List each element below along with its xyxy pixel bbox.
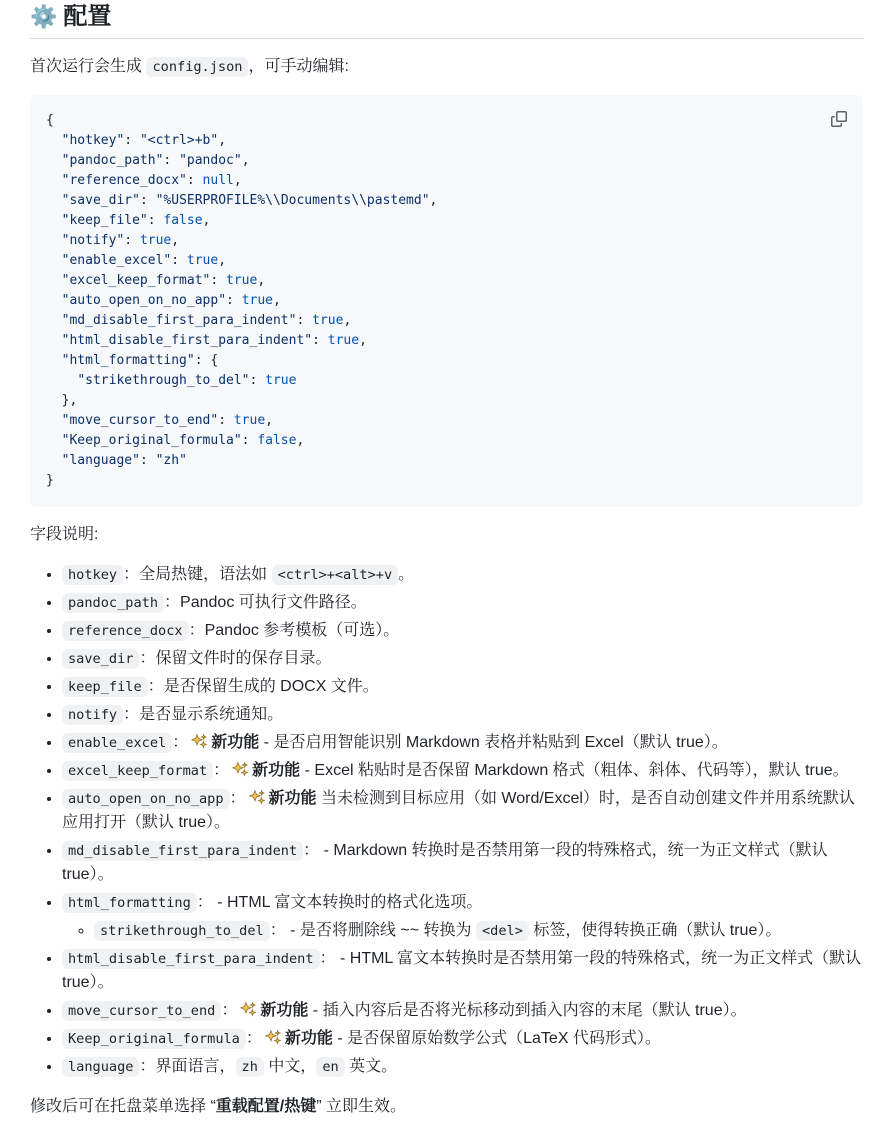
list-item: reference_docx：Pandoc 参考模板（可选）。 bbox=[62, 619, 863, 643]
field-colon: ： bbox=[139, 1058, 155, 1075]
fields-list: hotkey：全局热键，语法如 <ctrl>+<alt>+v。 pandoc_p… bbox=[30, 563, 863, 1079]
field-name-code: md_disable_first_para_indent bbox=[62, 841, 303, 861]
list-item: md_disable_first_para_indent： - Markdown… bbox=[62, 839, 863, 887]
field-colon: ： bbox=[221, 1002, 237, 1019]
field-text: Pandoc 可执行文件路径。 bbox=[180, 594, 367, 611]
json-code-block: { "hotkey": "<ctrl>+b", "pandoc_path": "… bbox=[30, 95, 863, 507]
sparkles-icon bbox=[232, 761, 249, 778]
list-item: keep_file：是否保留生成的 DOCX 文件。 bbox=[62, 675, 863, 699]
field-text: 是否保留生成的 DOCX 文件。 bbox=[164, 678, 379, 695]
new-feature-label: 新功能 bbox=[260, 1002, 308, 1019]
field-name-code: save_dir bbox=[62, 649, 139, 669]
footer-note: 修改后可在托盘菜单选择 “重载配置/热键” 立即生效。 bbox=[30, 1095, 863, 1119]
field-name-code: html_formatting bbox=[62, 893, 197, 913]
field-text: 保留文件时的保存目录。 bbox=[156, 650, 332, 667]
field-name-code: notify bbox=[62, 705, 123, 725]
new-feature-label: 新功能 bbox=[285, 1030, 333, 1047]
field-text: - HTML 富文本转换时的格式化选项。 bbox=[213, 894, 483, 911]
nested-list: strikethrough_to_del： - 是否将删除线 ~~ 转换为 <d… bbox=[62, 919, 863, 943]
field-colon: ： bbox=[197, 894, 213, 911]
field-name-code: enable_excel bbox=[62, 733, 172, 753]
field-name-code: html_disable_first_para_indent bbox=[62, 949, 320, 969]
list-item: hotkey：全局热键，语法如 <ctrl>+<alt>+v。 bbox=[62, 563, 863, 587]
field-colon: ： bbox=[172, 734, 188, 751]
field-text: 是否显示系统通知。 bbox=[139, 706, 283, 723]
sparkles-icon bbox=[249, 789, 266, 806]
field-name-code: move_cursor_to_end bbox=[62, 1001, 221, 1021]
field-text: 全局热键，语法如 bbox=[139, 566, 271, 583]
new-feature-label: 新功能 bbox=[269, 790, 317, 807]
field-name-code: hotkey bbox=[62, 565, 123, 585]
field-text: 中文， bbox=[264, 1058, 316, 1075]
field-colon: ： bbox=[320, 950, 336, 967]
copy-button[interactable] bbox=[825, 105, 853, 133]
sparkles-icon bbox=[265, 1029, 282, 1046]
field-name-code: strikethrough_to_del bbox=[94, 921, 270, 941]
intro-paragraph: 首次运行会生成 config.json，可手动编辑: bbox=[30, 55, 863, 79]
list-item: html_disable_first_para_indent： - HTML 富… bbox=[62, 947, 863, 995]
list-item: excel_keep_format：新功能 - Excel 粘贴时是否保留 Ma… bbox=[62, 759, 863, 783]
field-text: - 插入内容后是否将光标移动到插入内容的末尾（默认 true）。 bbox=[308, 1002, 746, 1019]
code-content: { "hotkey": "<ctrl>+b", "pandoc_path": "… bbox=[46, 111, 847, 491]
field-name-code: excel_keep_format bbox=[62, 761, 213, 781]
field-colon: ： bbox=[139, 650, 155, 667]
list-item: Keep_original_formula：新功能 - 是否保留原始数学公式（L… bbox=[62, 1027, 863, 1051]
field-text: 界面语言， bbox=[156, 1058, 236, 1075]
sparkles-icon bbox=[191, 733, 208, 750]
new-feature-label: 新功能 bbox=[211, 734, 259, 751]
page-title: ⚙️配置 bbox=[30, 2, 863, 39]
field-colon: ： bbox=[148, 678, 164, 695]
field-text: - 是否将删除线 ~~ 转换为 bbox=[286, 922, 476, 939]
list-item: save_dir：保留文件时的保存目录。 bbox=[62, 647, 863, 671]
field-name-code: pandoc_path bbox=[62, 593, 164, 613]
field-text: Pandoc 参考模板（可选）。 bbox=[205, 622, 400, 639]
field-colon: ： bbox=[189, 622, 205, 639]
inline-code: en bbox=[316, 1057, 344, 1077]
field-name-code: language bbox=[62, 1057, 139, 1077]
field-colon: ： bbox=[123, 566, 139, 583]
gear-icon: ⚙️ bbox=[30, 4, 57, 29]
config-json-code: config.json bbox=[146, 57, 248, 77]
field-name-code: Keep_original_formula bbox=[62, 1029, 246, 1049]
list-item: strikethrough_to_del： - 是否将删除线 ~~ 转换为 <d… bbox=[94, 919, 863, 943]
list-item: enable_excel：新功能 - 是否启用智能识别 Markdown 表格并… bbox=[62, 731, 863, 755]
sparkles-icon bbox=[240, 1001, 257, 1018]
field-colon: ： bbox=[270, 922, 286, 939]
list-item: html_formatting： - HTML 富文本转换时的格式化选项。 st… bbox=[62, 891, 863, 943]
field-text: 标签，使得转换正确（默认 true）。 bbox=[529, 922, 781, 939]
field-name-code: reference_docx bbox=[62, 621, 189, 641]
copy-icon bbox=[831, 111, 847, 127]
list-item: auto_open_on_no_app：新功能 当未检测到目标应用（如 Word… bbox=[62, 787, 863, 835]
field-colon: ： bbox=[123, 706, 139, 723]
list-item: language：界面语言，zh 中文，en 英文。 bbox=[62, 1055, 863, 1079]
page-title-text: 配置 bbox=[63, 3, 111, 30]
inline-code: zh bbox=[236, 1057, 264, 1077]
fields-heading: 字段说明: bbox=[30, 523, 863, 547]
field-name-code: auto_open_on_no_app bbox=[62, 789, 230, 809]
intro-text-after: ，可手动编辑: bbox=[248, 58, 348, 75]
footer-bold: 重载配置/热键 bbox=[216, 1098, 316, 1115]
field-text: 英文。 bbox=[345, 1058, 397, 1075]
new-feature-label: 新功能 bbox=[252, 762, 300, 779]
field-text: - 是否保留原始数学公式（LaTeX 代码形式）。 bbox=[333, 1030, 661, 1047]
field-name-code: keep_file bbox=[62, 677, 148, 697]
field-colon: ： bbox=[230, 790, 246, 807]
field-text: - Excel 粘贴时是否保留 Markdown 格式（粗体、斜体、代码等），默… bbox=[300, 762, 849, 779]
field-text: 。 bbox=[398, 566, 414, 583]
field-colon: ： bbox=[213, 762, 229, 779]
inline-code: <ctrl>+<alt>+v bbox=[272, 565, 399, 585]
intro-text-before: 首次运行会生成 bbox=[30, 58, 146, 75]
footer-text-before: 修改后可在托盘菜单选择 “ bbox=[30, 1098, 216, 1115]
field-text: - 是否启用智能识别 Markdown 表格并粘贴到 Excel（默认 true… bbox=[259, 734, 728, 751]
list-item: pandoc_path：Pandoc 可执行文件路径。 bbox=[62, 591, 863, 615]
field-colon: ： bbox=[303, 842, 319, 859]
inline-code: <del> bbox=[476, 921, 529, 941]
field-colon: ： bbox=[164, 594, 180, 611]
list-item: move_cursor_to_end：新功能 - 插入内容后是否将光标移动到插入… bbox=[62, 999, 863, 1023]
list-item: notify：是否显示系统通知。 bbox=[62, 703, 863, 727]
footer-text-after: ” 立即生效。 bbox=[316, 1098, 406, 1115]
field-colon: ： bbox=[246, 1030, 262, 1047]
